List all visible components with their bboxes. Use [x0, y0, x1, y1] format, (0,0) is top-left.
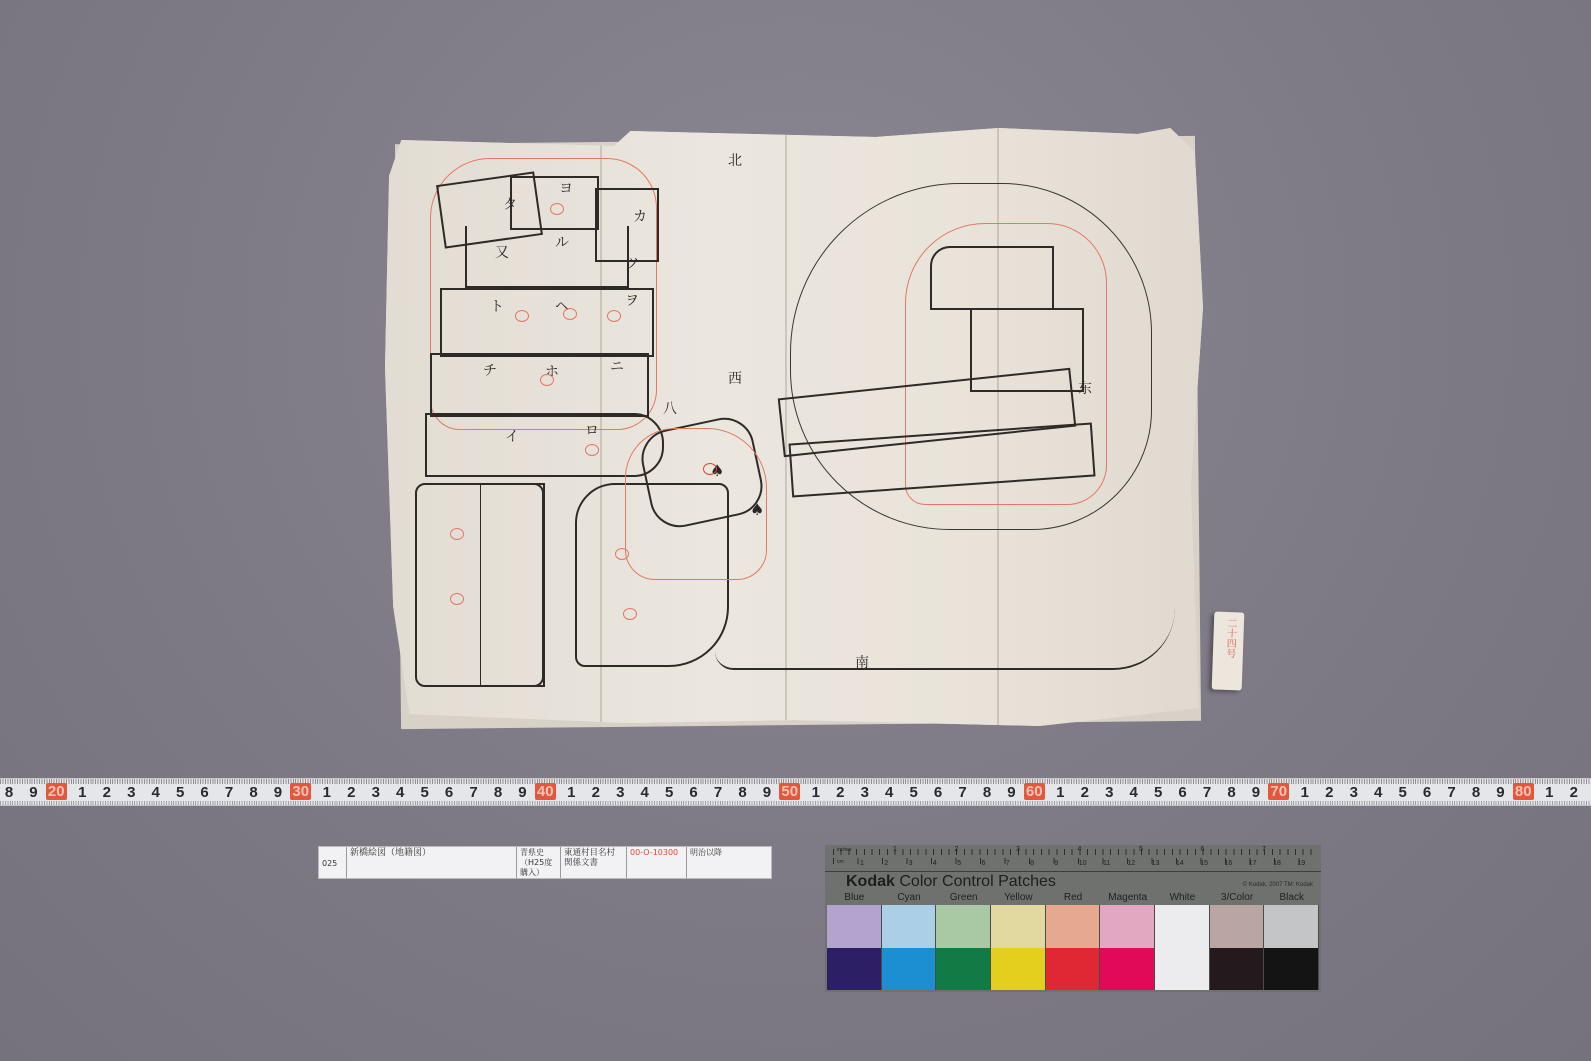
inch-number: 3 [1016, 846, 1020, 853]
red-seal [585, 444, 599, 456]
tape-digit-label: 3 [370, 784, 382, 801]
tape-digit-label: 3 [1103, 784, 1115, 801]
tape-digit-label: 9 [27, 784, 39, 801]
cm-number: 2 [884, 860, 888, 867]
inch-number: 6 [1201, 846, 1205, 853]
cm-number: 15 [1200, 860, 1208, 867]
tape-digit-label: 4 [639, 784, 651, 801]
tape-digit-label: 4 [150, 784, 162, 801]
black-seal-mark: ♠ [750, 500, 764, 519]
patch-light [1046, 905, 1100, 948]
tape-digit-label: 3 [859, 784, 871, 801]
tape-digit-label: 5 [419, 784, 431, 801]
inch-number: 2 [955, 846, 959, 853]
tape-decade-label: 50 [779, 783, 800, 800]
label-source: 青県史（H25度購入） [517, 847, 561, 878]
tape-digit-label: 7 [468, 784, 480, 801]
tape-digit-label: 7 [957, 784, 969, 801]
patch-light [936, 905, 990, 948]
tape-digit-label: 2 [1323, 784, 1335, 801]
red-boundary [625, 428, 767, 580]
cm-number: 9 [1054, 860, 1058, 867]
cm-number: 4 [933, 860, 937, 867]
color-patches [827, 905, 1319, 990]
patch-column [1046, 905, 1101, 990]
label-collection: 東通村目名村関係文書 [561, 847, 627, 878]
tape-digit-label: 8 [1470, 784, 1482, 801]
patch-light [1264, 905, 1318, 948]
cm-ticks [833, 858, 1315, 864]
tape-digit-label: 2 [1568, 784, 1580, 801]
red-seal [703, 463, 717, 475]
patch-column [1210, 905, 1265, 990]
parcel-marker: チ [483, 360, 497, 380]
cm-label: cm [837, 859, 844, 865]
patch-light [1155, 905, 1209, 990]
tape-digit-label: 8 [492, 784, 504, 801]
tape-decade-label: 70 [1268, 783, 1289, 800]
cm-number: 8 [1030, 860, 1034, 867]
inch-number: 7 [1262, 846, 1266, 853]
patch-light [882, 905, 936, 948]
parcel-marker: イ [505, 426, 519, 446]
parcel-marker: ツ [625, 253, 639, 273]
patch-column [1264, 905, 1319, 990]
parcel-marker: タ [503, 194, 517, 214]
tape-digit-label: 5 [174, 784, 186, 801]
tape-digit-label: 3 [1348, 784, 1360, 801]
tape-digit-label: 3 [614, 784, 626, 801]
patch-names: BlueCyanGreenYellowRedMagentaWhite3/Colo… [827, 892, 1319, 904]
tape-digit-label: 7 [223, 784, 235, 801]
cm-number: 19 [1297, 860, 1305, 867]
label-period: 明治以降 [687, 847, 771, 878]
patch-column [1155, 905, 1210, 990]
tape-digit-label: 2 [101, 784, 113, 801]
tape-digit-label: 5 [1152, 784, 1164, 801]
tape-digit-label: 4 [394, 784, 406, 801]
parcel-marker: 八 [663, 398, 677, 418]
patch-column [882, 905, 937, 990]
red-seal [450, 593, 464, 605]
tape-digit-label: 1 [1054, 784, 1066, 801]
kodak-copyright: © Kodak, 2007 TM: Kodak [1243, 882, 1313, 888]
tape-digit-label: 1 [1543, 784, 1555, 801]
patch-dark [936, 948, 990, 991]
red-seal [563, 308, 577, 320]
inches-label: inches [837, 847, 851, 853]
tape-digit-label: 4 [1128, 784, 1140, 801]
tape-measure: 8920123456789301234567894012345678950123… [0, 778, 1591, 806]
cm-number: 16 [1225, 860, 1233, 867]
patch-light [1100, 905, 1154, 948]
tape-digit-label: 6 [199, 784, 211, 801]
red-seal [607, 310, 621, 322]
tape-digit-label: 9 [1494, 784, 1506, 801]
inch-number: 5 [1139, 846, 1143, 853]
tape-digit-label: 6 [688, 784, 700, 801]
patch-label: Green [936, 892, 991, 904]
tape-decade-label: 30 [290, 783, 311, 800]
patch-dark [991, 948, 1045, 991]
red-seal [615, 548, 629, 560]
tape-digit-label: 7 [1201, 784, 1213, 801]
kodak-ruler: inches cm 1234567 1234567891011121314151… [825, 845, 1321, 872]
kodak-title: Kodak Color Control Patches [846, 873, 1056, 891]
cm-number: 7 [1006, 860, 1010, 867]
patch-light [827, 905, 881, 948]
patch-column [1100, 905, 1155, 990]
label-title: 新橋絵図（地籍図） [347, 847, 517, 878]
tape-digit-label: 9 [1005, 784, 1017, 801]
tape-digit-label: 8 [3, 784, 15, 801]
cm-number: 3 [909, 860, 913, 867]
patch-label: Magenta [1100, 892, 1155, 904]
cm-number: 11 [1103, 860, 1110, 867]
map-document: ヨ カ タ 又 ル ツ ト ヘ ヲ チ ホ ニ 八 イ ロ 北 西 东 南 ♠ … [385, 128, 1203, 726]
tape-decade-label: 60 [1024, 783, 1045, 800]
parcel-marker: 又 [495, 242, 509, 262]
parcel-row [440, 288, 654, 357]
inch-ticks [833, 849, 1315, 855]
cm-number: 13 [1152, 860, 1160, 867]
red-seal [515, 310, 529, 322]
patch-label: Red [1046, 892, 1101, 904]
tape-digit-label: 4 [1372, 784, 1384, 801]
red-seal [550, 203, 564, 215]
parcel-marker: ル [555, 232, 569, 252]
parcel-marker: ヲ [625, 290, 639, 310]
tape-digit-label: 7 [1446, 784, 1458, 801]
tape-digit-label: 1 [810, 784, 822, 801]
cm-number: 14 [1176, 860, 1184, 867]
cm-number: 12 [1127, 860, 1135, 867]
patch-label: Yellow [991, 892, 1046, 904]
catalog-label: 025 新橋絵図（地籍図） 青県史（H25度購入） 東通村目名村関係文書 00-… [318, 846, 772, 879]
tape-digit-label: 8 [737, 784, 749, 801]
patch-label: Blue [827, 892, 882, 904]
kodak-brand: Kodak [846, 873, 895, 890]
tape-digit-label: 5 [1397, 784, 1409, 801]
tape-digit-label: 9 [1250, 784, 1262, 801]
patch-light [991, 905, 1045, 948]
patch-dark [882, 948, 936, 991]
parcel-marker: カ [633, 206, 647, 226]
patch-label: White [1155, 892, 1210, 904]
tape-digit-label: 5 [908, 784, 920, 801]
tape-decade-label: 20 [46, 783, 67, 800]
tape-digit-label: 5 [663, 784, 675, 801]
scrap-label: 二十四号 [1222, 618, 1238, 658]
patch-label: Black [1264, 892, 1319, 904]
label-id: 00-O-10300 [627, 847, 687, 878]
cm-number: 6 [982, 860, 986, 867]
tape-digit-label: 8 [1226, 784, 1238, 801]
tape-digit-label: 9 [761, 784, 773, 801]
tape-digit-label: 3 [125, 784, 137, 801]
cm-number: 17 [1249, 860, 1257, 867]
tape-digit-label: 6 [932, 784, 944, 801]
tape-digit-label: 1 [1299, 784, 1311, 801]
tape-ticks-bottom [0, 801, 1591, 805]
road-line [715, 608, 1175, 670]
tape-digit-label: 2 [834, 784, 846, 801]
tape-digit-label: 1 [565, 784, 577, 801]
tape-digit-label: 6 [1421, 784, 1433, 801]
red-seal [623, 608, 637, 620]
parcel [930, 246, 1054, 310]
patch-label: Cyan [882, 892, 937, 904]
tape-digit-label: 8 [248, 784, 260, 801]
tape-decade-label: 40 [535, 783, 556, 800]
kodak-color-chart: inches cm 1234567 1234567891011121314151… [825, 845, 1321, 992]
kodak-subtitle: Color Control Patches [899, 873, 1056, 890]
inch-number: 1 [893, 846, 897, 853]
tape-digit-label: 9 [516, 784, 528, 801]
cm-number: 18 [1273, 860, 1281, 867]
tape-digit-label: 9 [272, 784, 284, 801]
patch-dark [1046, 948, 1100, 991]
tape-digit-label: 1 [321, 784, 333, 801]
patch-label: 3/Color [1210, 892, 1265, 904]
compass-north: 北 [728, 150, 742, 170]
tape-digit-label: 2 [345, 784, 357, 801]
tape-digit-label: 8 [981, 784, 993, 801]
cm-number: 1 [860, 860, 864, 867]
red-seal [450, 528, 464, 540]
tape-digit-label: 2 [590, 784, 602, 801]
patch-column [991, 905, 1046, 990]
tape-decade-label: 80 [1513, 783, 1534, 800]
parcel-marker: ト [490, 296, 504, 316]
tape-digit-label: 6 [1177, 784, 1189, 801]
patch-dark [1264, 948, 1318, 991]
paper-scrap: 二十四号 [1212, 612, 1245, 691]
tape-digit-label: 7 [712, 784, 724, 801]
red-seal [540, 374, 554, 386]
tape-digit-label: 6 [443, 784, 455, 801]
parcel-marker: ニ [610, 356, 624, 376]
tape-digit-label: 4 [883, 784, 895, 801]
tape-digit-label: 1 [76, 784, 88, 801]
cm-number: 10 [1079, 860, 1087, 867]
patch-dark [1210, 948, 1264, 991]
patch-column [827, 905, 882, 990]
patch-dark [827, 948, 881, 991]
patch-dark [1100, 948, 1154, 991]
cm-number: 5 [957, 860, 961, 867]
parcel-block [480, 483, 545, 687]
inch-number: 4 [1078, 846, 1082, 853]
patch-column [936, 905, 991, 990]
parcel-row [465, 226, 629, 288]
patch-light [1210, 905, 1264, 948]
parcel-marker: ロ [585, 420, 599, 440]
compass-west: 西 [728, 368, 742, 388]
label-number: 025 [319, 847, 347, 878]
parcel-marker: ヨ [559, 178, 573, 198]
tape-digit-label: 2 [1079, 784, 1091, 801]
